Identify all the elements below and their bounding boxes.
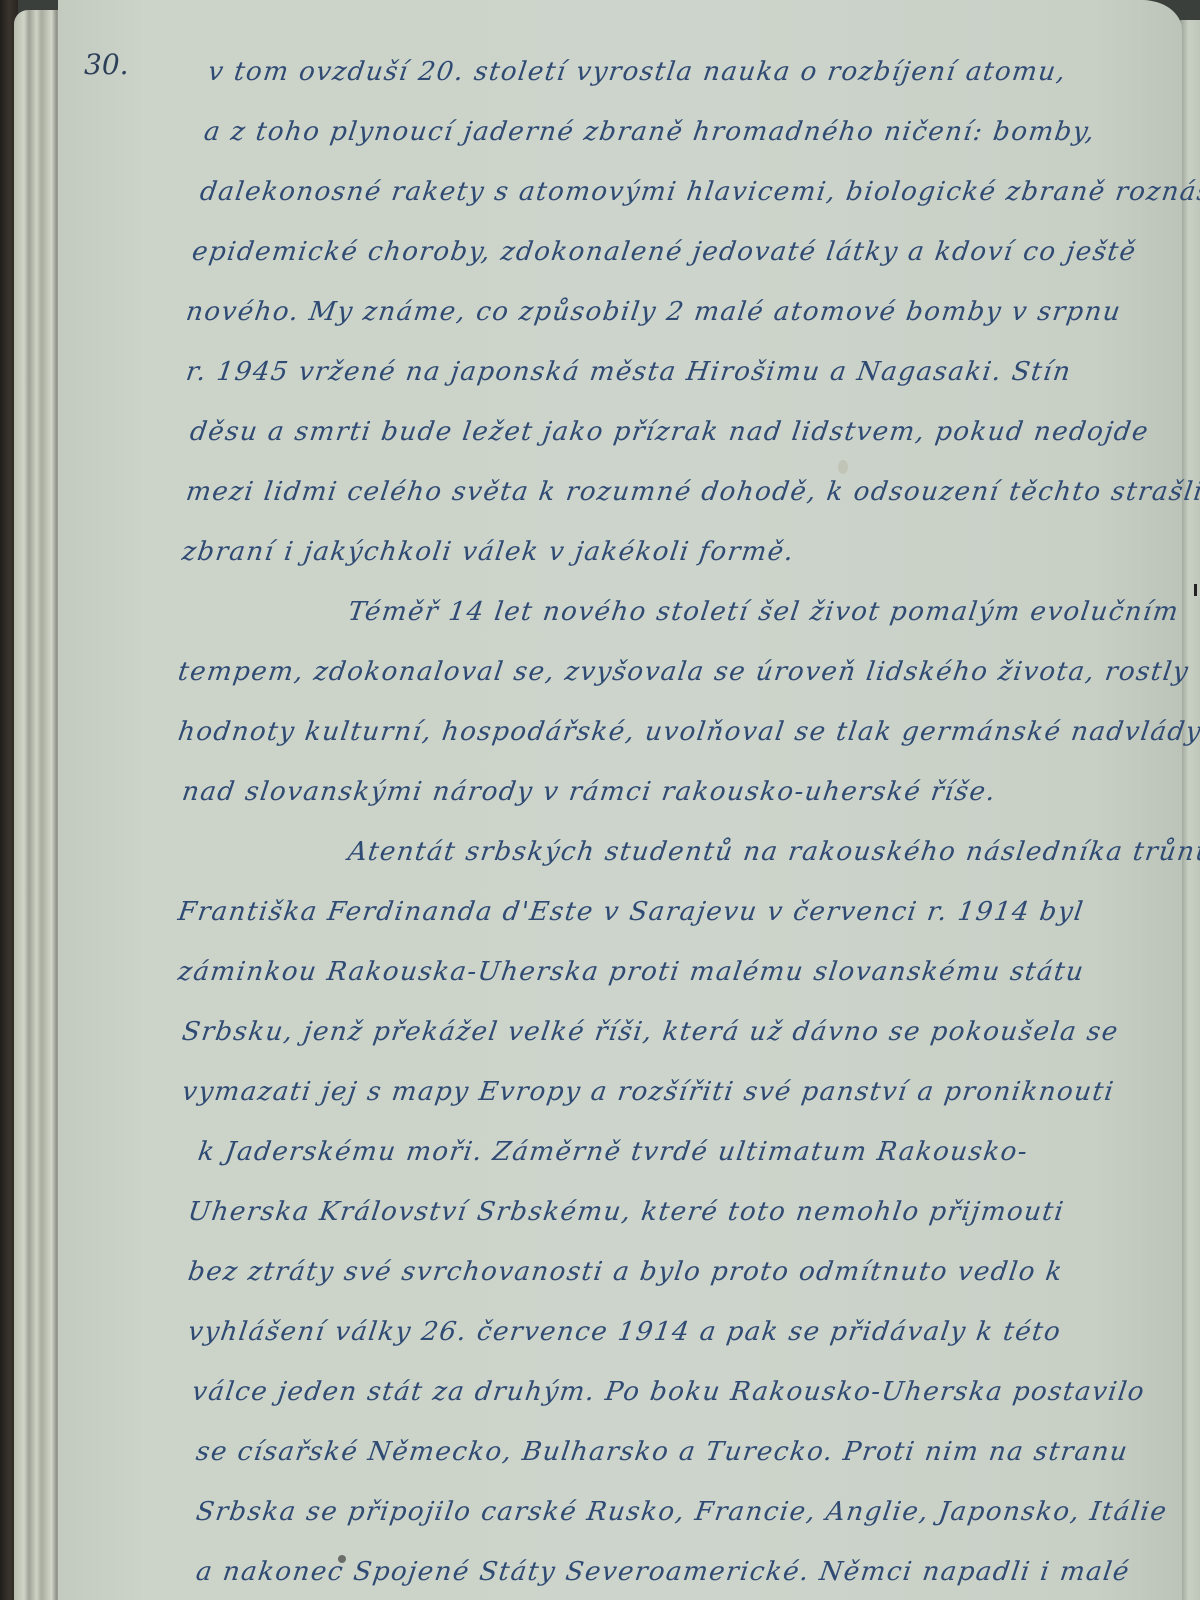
text-line-10: Téměř 14 let nového století šel život po… bbox=[174, 584, 1142, 644]
text-line-26: a nakonec Spojené Státy Severoamerické. … bbox=[174, 1544, 1142, 1600]
photographed-book-spread: 30. v tom ovzduší 20. století vyrostla n… bbox=[0, 0, 1200, 1600]
text-line-1: v tom ovzduší 20. století vyrostla nauka… bbox=[174, 44, 1142, 104]
text-line-12: hodnoty kulturní, hospodářské, uvolňoval… bbox=[174, 704, 1142, 764]
text-line-4: epidemické choroby, zdokonalené jedovaté… bbox=[174, 224, 1142, 284]
text-line-20: Uherska Království Srbskému, které toto … bbox=[174, 1184, 1142, 1244]
text-line-25: Srbska se připojilo carské Rusko, Franci… bbox=[174, 1484, 1142, 1544]
text-line-18: vymazati jej s mapy Evropy a rozšířiti s… bbox=[174, 1064, 1142, 1124]
text-line-2: a z toho plynoucí jaderné zbraně hromadn… bbox=[174, 104, 1142, 164]
handwritten-text-body: v tom ovzduší 20. století vyrostla nauka… bbox=[178, 44, 1138, 1600]
text-line-21: bez ztráty své svrchovanosti a bylo prot… bbox=[174, 1244, 1142, 1304]
text-line-13: nad slovanskými národy v rámci rakousko-… bbox=[174, 764, 1142, 824]
text-line-19: k Jaderskému moři. Záměrně tvrdé ultimat… bbox=[174, 1124, 1142, 1184]
text-line-14: Atentát srbských studentů na rakouského … bbox=[174, 824, 1142, 884]
text-line-11: tempem, zdokonaloval se, zvyšovala se úr… bbox=[174, 644, 1142, 704]
next-page-edge bbox=[1180, 20, 1200, 1600]
text-line-24: se císařské Německo, Bulharsko a Turecko… bbox=[174, 1424, 1142, 1484]
page-edge-mark bbox=[1194, 584, 1197, 596]
text-line-8: mezi lidmi celého světa k rozumné dohodě… bbox=[174, 464, 1142, 524]
text-line-22: vyhlášení války 26. července 1914 a pak … bbox=[174, 1304, 1142, 1364]
text-line-17: Srbsku, jenž překážel velké říši, která … bbox=[174, 1004, 1142, 1064]
text-line-9: zbraní i jakýchkoli válek v jakékoli for… bbox=[174, 524, 1142, 584]
page-number: 30. bbox=[84, 48, 129, 81]
page-stack-edges bbox=[14, 10, 64, 1600]
text-line-7: děsu a smrti bude ležet jako přízrak nad… bbox=[174, 404, 1142, 464]
text-line-16: záminkou Rakouska-Uherska proti malému s… bbox=[174, 944, 1142, 1004]
text-line-15: Františka Ferdinanda d'Este v Sarajevu v… bbox=[174, 884, 1142, 944]
text-line-5: nového. My známe, co způsobily 2 malé at… bbox=[174, 284, 1142, 344]
text-line-3: dalekonosné rakety s atomovými hlavicemi… bbox=[174, 164, 1142, 224]
text-line-23: válce jeden stát za druhým. Po boku Rako… bbox=[174, 1364, 1142, 1424]
text-line-6: r. 1945 vržené na japonská města Hirošim… bbox=[174, 344, 1142, 404]
